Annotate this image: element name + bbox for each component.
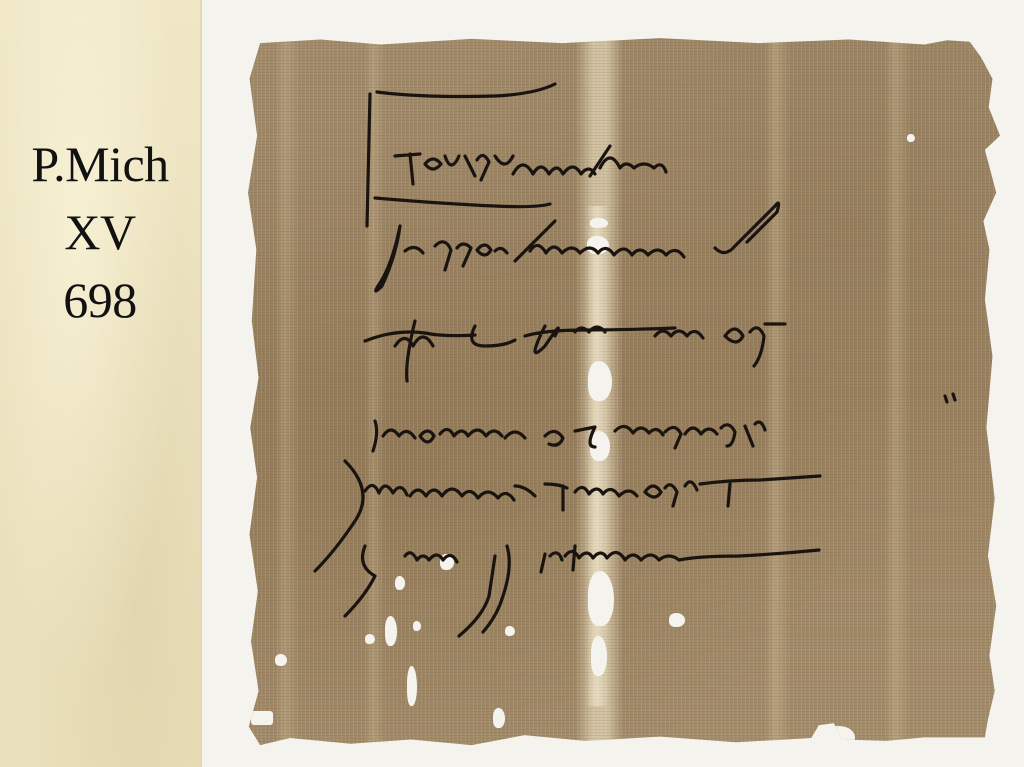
papyrus-hole [907, 134, 915, 142]
papyrus-hole [365, 634, 375, 644]
caption-number: 698 [0, 266, 200, 334]
papyrus-hole [275, 654, 287, 666]
document-caption: P.Mich XV 698 [0, 130, 200, 334]
papyrus-hole [407, 666, 417, 706]
caption-volume: XV [0, 198, 200, 266]
papyrus-hole [385, 616, 397, 646]
caption-collection: P.Mich [0, 130, 200, 198]
papyrus-hole [995, 656, 1005, 666]
papyrus-hole [413, 621, 421, 631]
papyrus-hole [669, 613, 685, 627]
image-area [202, 0, 1024, 767]
papyrus-hole [493, 708, 505, 728]
papyrus-hole [825, 726, 855, 748]
papyrus-hole [395, 576, 405, 590]
papyrus-hole [588, 361, 612, 401]
handwritten-text [245, 36, 1000, 748]
papyrus-hole [440, 554, 454, 570]
papyrus-hole [505, 626, 515, 636]
papyrus-hole [591, 636, 607, 676]
papyrus-hole [590, 218, 608, 228]
papyrus-image [245, 36, 1000, 748]
papyrus-hole [590, 431, 610, 461]
papyrus-hole [588, 571, 614, 626]
papyrus-hole [251, 711, 273, 725]
caption-panel: P.Mich XV 698 [0, 0, 202, 767]
papyrus-hole [587, 236, 609, 254]
